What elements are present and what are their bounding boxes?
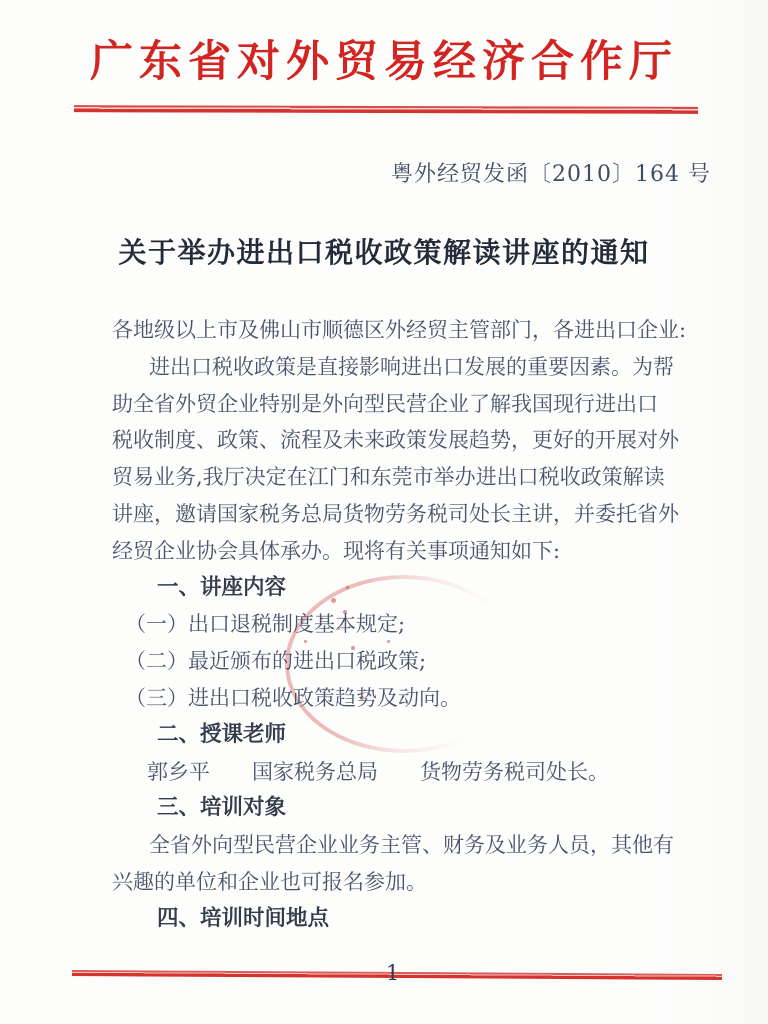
letterhead-rule [74,105,698,114]
notice-body: 各地级以上市及佛山市顺德区外经贸主管部门，各进出口企业: 进出口税收政策是直接影… [112,312,692,938]
list-item: （二）最近颁布的进出口税政策; [112,643,692,680]
section-heading-1: 一、讲座内容 [112,570,692,607]
recipients-line: 各地级以上市及佛山市顺德区外经贸主管部门，各进出口企业: [112,312,692,349]
body-line: 进出口税收政策是直接影响进出口发展的重要因素。为帮 [112,349,692,386]
body-line: 贸易业务,我厅决定在江门和东莞市举办进出口税收政策解读 [112,459,692,496]
page-number: 1 [386,961,399,985]
section-heading-4: 四、培训时间地点 [112,901,692,938]
list-item: （一）出口退税制度基本规定; [112,606,692,643]
letterhead-title: 广东省对外贸易经济合作厅 [0,28,768,89]
lecturer-line: 郭乡平 国家税务总局 货物劳务税司处长。 [112,754,692,791]
document-page: 广东省对外贸易经济合作厅 粤外经贸发函〔2010〕164 号 关于举办进出口税收… [0,0,768,1024]
list-item: （三）进出口税收政策趋势及动向。 [112,680,692,717]
body-line: 兴趣的单位和企业也可报名参加。 [112,864,692,901]
section-heading-2: 二、授课老师 [112,717,692,754]
body-line: 经贸企业协会具体承办。现将有关事项通知如下: [112,533,692,570]
body-line: 全省外向型民营企业业务主管、财务及业务人员，其他有 [112,827,692,864]
body-line: 助全省外贸企业特别是外向型民营企业了解我国现行进出口 [112,386,692,423]
doc-number: 粤外经贸发函〔2010〕164 号 [391,157,711,188]
notice-title: 关于举办进出口税收政策解读讲座的通知 [0,231,768,271]
body-line: 税收制度、政策、流程及未来政策发展趋势，更好的开展对外 [112,422,692,459]
body-line: 讲座，邀请国家税务总局货物劳务税司处长主讲，并委托省外 [112,496,692,533]
section-heading-3: 三、培训对象 [112,790,692,827]
